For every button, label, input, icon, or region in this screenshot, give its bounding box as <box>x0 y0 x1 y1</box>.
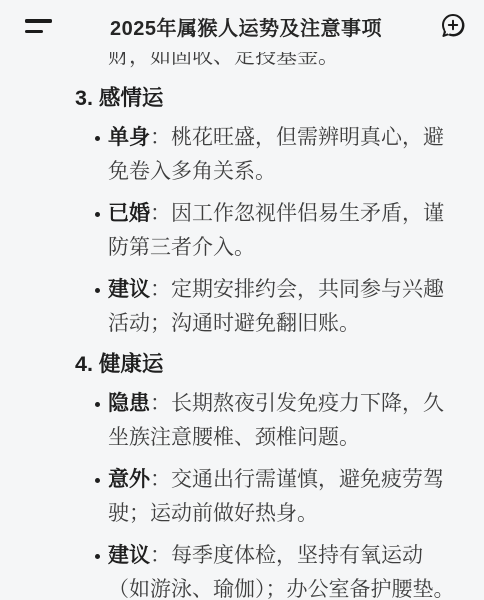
list-item-single: 单身：桃花旺盛，但需辨明真心，避 免卷入多角关系。 <box>108 121 468 189</box>
item-separator: ： <box>150 278 171 301</box>
list-item-married: 已婚：因工作忽视伴侣易生矛盾，谨 防第三者介入。 <box>108 197 468 265</box>
item-separator: ： <box>150 468 171 491</box>
sidebar-menu-button[interactable] <box>25 19 55 32</box>
item-label: 建议 <box>108 544 150 567</box>
item-label: 建议 <box>108 278 150 301</box>
item-separator: ： <box>150 392 171 415</box>
page-title: 2025年属猴人运势及注意事项 <box>55 12 437 41</box>
bullet-icon <box>95 478 100 483</box>
bullet-icon <box>95 136 100 141</box>
item-separator: ： <box>150 202 171 225</box>
item-label: 隐患 <box>108 392 150 415</box>
bullet-icon <box>95 554 100 559</box>
item-label: 意外 <box>108 468 150 491</box>
health-bullet-list: 隐患：长期熬夜引发免疫力下降，久 坐族注意腰椎、颈椎问题。 意外：交通出行需谨慎… <box>75 387 468 600</box>
list-item-risk: 隐患：长期熬夜引发免疫力下降，久 坐族注意腰椎、颈椎问题。 <box>108 387 468 455</box>
bullet-icon <box>95 288 100 293</box>
section-love: 3. 感情运 单身：桃花旺盛，但需辨明真心，避 免卷入多角关系。 已婚：因工作忽… <box>75 83 468 341</box>
love-bullet-list: 单身：桃花旺盛，但需辨明真心，避 免卷入多角关系。 已婚：因工作忽视伴侣易生矛盾… <box>75 121 468 341</box>
top-bar: 2025年属猴人运势及注意事项 <box>0 0 484 52</box>
list-item-advice: 建议：每季度体检，坚持有氧运动 （如游泳、瑜伽）；办公室备护腰垫。 <box>108 539 468 600</box>
bullet-icon <box>95 402 100 407</box>
section-heading-love: 3. 感情运 <box>75 83 468 113</box>
chat-message-content: 财，如固收、定投基金。 3. 感情运 单身：桃花旺盛，但需辨明真心，避 免卷入多… <box>0 0 484 600</box>
item-separator: ： <box>150 544 171 567</box>
item-label: 单身 <box>108 126 150 149</box>
section-heading-health: 4. 健康运 <box>75 349 468 379</box>
new-chat-button[interactable] <box>437 10 469 42</box>
app-window: 2025年属猴人运势及注意事项 财，如固收、定投基金。 3. 感情运 单身：桃花… <box>0 0 484 600</box>
item-separator: ： <box>150 126 171 149</box>
item-label: 已婚 <box>108 202 150 225</box>
list-item-advice: 建议：定期安排约会，共同参与兴趣 活动；沟通时避免翻旧账。 <box>108 273 468 341</box>
list-item-accident: 意外：交通出行需谨慎，避免疲劳驾 驶；运动前做好热身。 <box>108 463 468 531</box>
section-health: 4. 健康运 隐患：长期熬夜引发免疫力下降，久 坐族注意腰椎、颈椎问题。 意外：… <box>75 349 468 600</box>
new-chat-icon <box>437 10 469 42</box>
menu-icon <box>25 19 55 32</box>
bullet-icon <box>95 212 100 217</box>
